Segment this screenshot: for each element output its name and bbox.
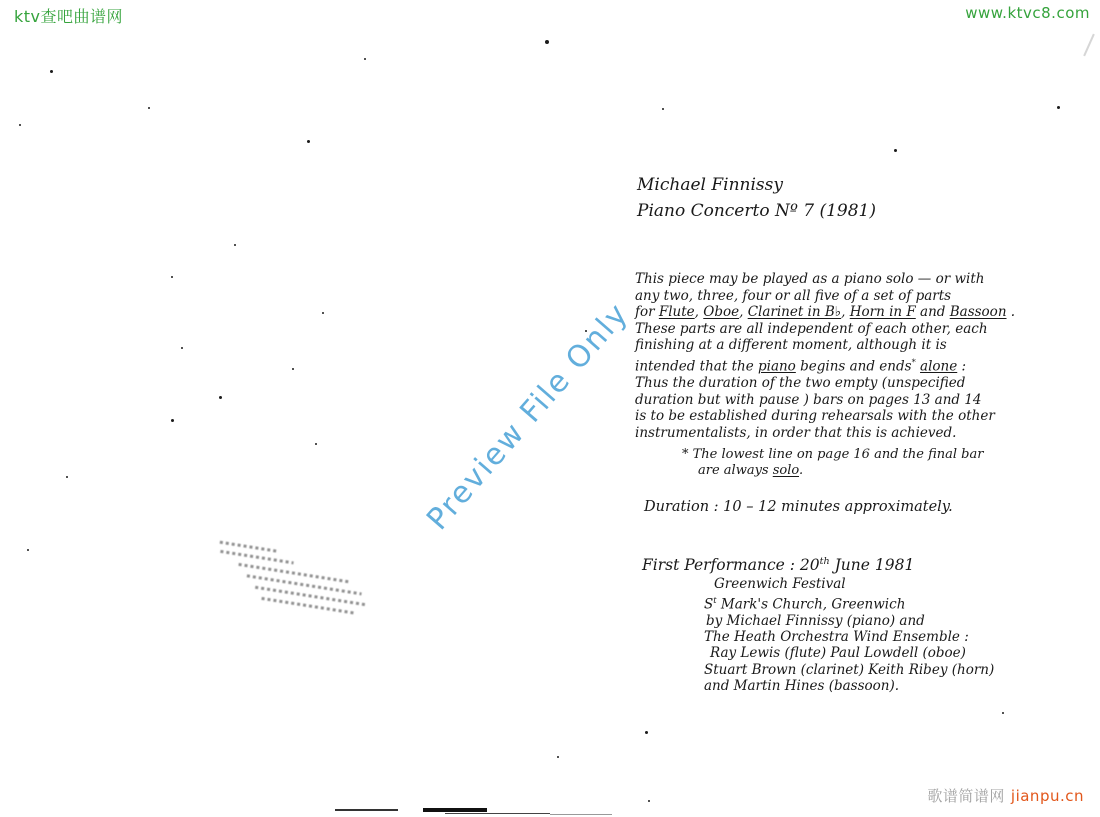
asterisk-footnote: * The lowest line on page 16 and the fin… xyxy=(682,447,952,479)
scan-speck xyxy=(234,244,236,246)
handwritten-text: for xyxy=(635,304,659,320)
scan-speck xyxy=(322,312,324,314)
handwritten-text: June 1981 xyxy=(830,556,915,574)
handwritten-text: begins and ends xyxy=(796,358,912,374)
scan-speck xyxy=(148,107,150,109)
handwritten-text: . xyxy=(1007,304,1016,320)
handwritten-text: are always xyxy=(698,463,773,478)
stamp-line xyxy=(247,574,362,595)
scan-speck xyxy=(27,549,29,551)
scan-speck xyxy=(545,40,549,44)
handwritten-text: , xyxy=(739,304,748,320)
handwritten-text: Greenwich Festival xyxy=(714,576,846,592)
scan-scratch-mark xyxy=(1083,34,1095,57)
handwritten-text: These parts are all independent of each … xyxy=(635,321,988,337)
handwritten-text: is to be established during rehearsals w… xyxy=(635,408,995,424)
scan-speck xyxy=(557,756,559,758)
scan-speck xyxy=(171,419,174,422)
scan-speck xyxy=(364,58,366,60)
scanned-score-page: ktv查吧曲谱网 www.ktvc8.com Preview File Only… xyxy=(0,0,1100,817)
handwritten-text: intended that the xyxy=(635,358,758,374)
handwritten-text: This piece may be played as a piano solo… xyxy=(635,271,984,287)
illegible-stamp xyxy=(210,541,368,630)
handwritten-text: * The lowest line on page 16 and the fin… xyxy=(682,447,983,462)
scan-speck xyxy=(19,124,21,126)
handwritten-text: instrumentalists, in order that this is … xyxy=(635,425,956,441)
handwritten-text: Oboe xyxy=(703,304,739,320)
scan-speck xyxy=(66,476,68,478)
handwritten-text: and Martin Hines (bassoon). xyxy=(704,678,899,694)
scan-speck xyxy=(1057,106,1060,109)
scan-speck xyxy=(307,140,310,143)
handwritten-text: Michael Finnissy xyxy=(637,175,783,195)
scan-speck xyxy=(292,368,294,370)
scan-edge-streak xyxy=(550,814,612,815)
handwritten-text: alone xyxy=(920,358,957,374)
scan-edge-streak xyxy=(423,808,487,812)
first-performance-note: First Performance : 20th June 1981Greenw… xyxy=(642,551,994,694)
preview-only-watermark: Preview File Only xyxy=(410,284,646,548)
program-note-paragraph: This piece may be played as a piano solo… xyxy=(635,271,947,441)
handwritten-text: Ray Lewis (flute) Paul Lowdell (oboe) xyxy=(710,645,966,661)
scan-speck xyxy=(662,108,664,110)
scan-speck xyxy=(1002,712,1004,714)
footer-credit: 歌谱简谱网jianpu.cn xyxy=(927,785,1084,806)
site-watermark-right-link[interactable]: www.ktvc8.com xyxy=(965,4,1090,22)
handwritten-text: . xyxy=(799,463,803,478)
handwritten-text: th xyxy=(820,556,830,567)
scan-speck xyxy=(648,800,650,802)
footer-domain-link[interactable]: jianpu.cn xyxy=(1011,787,1084,805)
score-title: Michael FinnissyPiano Concerto Nº 7 (198… xyxy=(637,172,876,224)
handwritten-text: duration but with pause ) bars on pages … xyxy=(635,392,982,408)
handwritten-text: Thus the duration of the two empty (unsp… xyxy=(635,375,965,391)
handwritten-text: finishing at a different moment, althoug… xyxy=(635,337,947,353)
scan-speck xyxy=(585,330,587,332)
handwritten-text: piano xyxy=(758,358,796,374)
handwritten-text: Mark's Church, Greenwich xyxy=(717,597,906,613)
scan-speck xyxy=(50,70,53,73)
handwritten-text: S xyxy=(704,597,713,613)
handwritten-text: Clarinet in B♭ xyxy=(748,304,841,320)
footer-site-name: 歌谱简谱网 xyxy=(927,787,1005,805)
handwritten-text: Bassoon xyxy=(950,304,1007,320)
scan-speck xyxy=(315,443,317,445)
handwritten-text: solo xyxy=(773,463,799,478)
scan-speck xyxy=(645,731,648,734)
handwritten-text: , xyxy=(695,304,704,320)
scan-speck xyxy=(894,149,897,152)
handwritten-text: by Michael Finnissy (piano) and xyxy=(706,613,925,629)
handwritten-text: Stuart Brown (clarinet) Keith Ribey (hor… xyxy=(704,662,994,678)
handwritten-text: any two, three, four or all five of a se… xyxy=(635,288,951,304)
scan-speck xyxy=(171,276,173,278)
handwritten-text: Piano Concerto Nº 7 (1981) xyxy=(637,201,876,221)
stamp-line xyxy=(220,550,294,565)
scan-speck xyxy=(219,396,222,399)
scan-edge-streak xyxy=(335,809,398,811)
site-watermark-left-link[interactable]: ktv查吧曲谱网 xyxy=(14,4,123,27)
handwritten-text: Flute xyxy=(659,304,695,320)
scan-speck xyxy=(181,347,183,349)
handwritten-text: : xyxy=(957,358,966,374)
handwritten-text: and xyxy=(916,304,950,320)
scan-edge-streak xyxy=(445,813,550,814)
handwritten-text: Horn in F xyxy=(850,304,916,320)
handwritten-text: , xyxy=(841,304,850,320)
handwritten-text: First Performance : 20 xyxy=(642,556,820,574)
duration-note: Duration : 10 – 12 minutes approximately… xyxy=(644,499,953,515)
stamp-line xyxy=(238,563,349,583)
handwritten-text: The Heath Orchestra Wind Ensemble : xyxy=(704,629,969,645)
stamp-line xyxy=(255,586,366,606)
